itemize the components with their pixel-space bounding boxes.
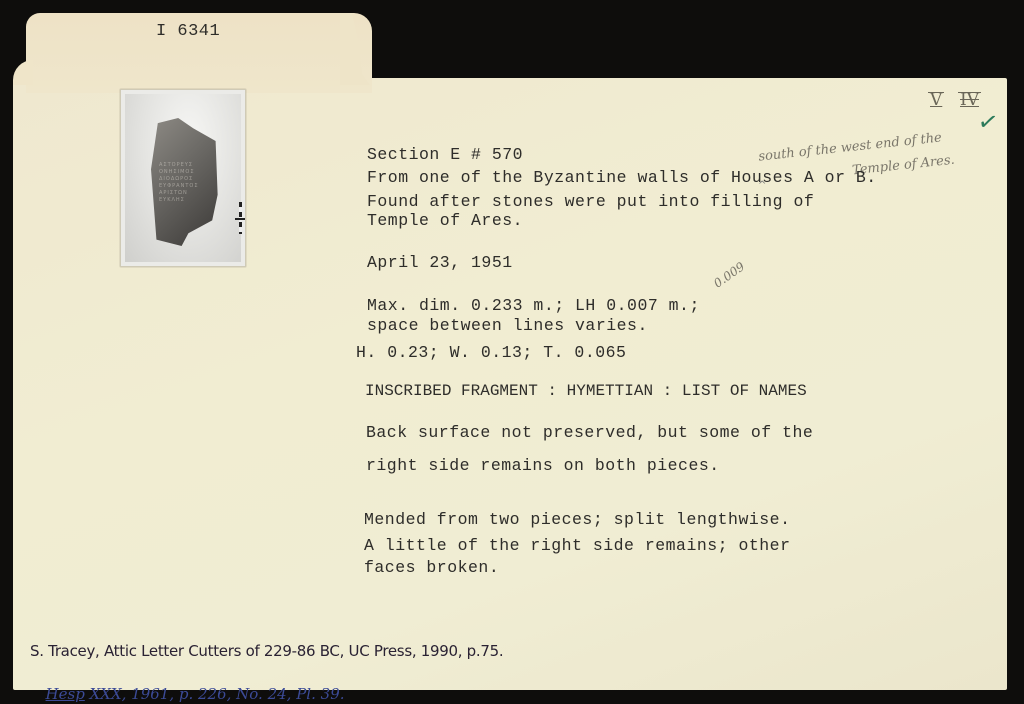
- hesperia-citation: XXX, 1961, p. 226, No. 24, Pl. 39.: [85, 685, 345, 703]
- roman-mark-iv-struck: IV: [960, 90, 979, 110]
- findspot-line-1: From one of the Byzantine walls of House…: [367, 166, 877, 190]
- object-photo: ΑΣΤΟΡΕΥΣ ΟΝΗΣΙΜΟΣ ΔΙΟΔΩΡΟΣ ΕΥΦΡΑΝΤΟΣ ΑΡΙ…: [120, 89, 246, 267]
- hwt-dimensions: H. 0.23; W. 0.13; T. 0.065: [356, 341, 626, 365]
- roman-mark-v: V: [930, 90, 942, 110]
- stone-inscription: ΑΣΤΟΡΕΥΣ ΟΝΗΣΙΜΟΣ ΔΙΟΔΩΡΟΣ ΕΥΦΡΑΝΤΟΣ ΑΡΙ…: [159, 162, 214, 204]
- description-2-line-1: Mended from two pieces; split lengthwise…: [364, 508, 790, 532]
- description-2-line-3: faces broken.: [364, 556, 499, 580]
- card-tab-curve-left: [13, 60, 33, 85]
- bibliography-hesperia: Hesp XXX, 1961, p. 226, No. 24, Pl. 39.: [36, 667, 345, 703]
- hesperia-abbrev: Hesp: [46, 685, 85, 703]
- photo-scale-tick-icon: [235, 218, 245, 220]
- photo-background: ΑΣΤΟΡΕΥΣ ΟΝΗΣΙΜΟΣ ΔΙΟΔΩΡΟΣ ΕΥΦΡΑΝΤΟΣ ΑΡΙ…: [125, 94, 241, 262]
- catalog-number: I 6341: [156, 20, 220, 44]
- section-label: Section E # 570: [367, 143, 523, 167]
- dimensions-line-2: space between lines varies.: [367, 314, 648, 338]
- description-2-line-2: A little of the right side remains; othe…: [364, 534, 790, 558]
- stone-fragment-image: ΑΣΤΟΡΕΥΣ ΟΝΗΣΙΜΟΣ ΔΙΟΔΩΡΟΣ ΕΥΦΡΑΝΤΟΣ ΑΡΙ…: [151, 118, 219, 246]
- classification: INSCRIBED FRAGMENT : HYMETTIAN : LIST OF…: [365, 379, 807, 403]
- description-1-line-1: Back surface not preserved, but some of …: [366, 421, 813, 445]
- findspot-line-3: Temple of Ares.: [367, 209, 523, 233]
- bibliography-tracy: S. Tracey, Attic Letter Cutters of 229-8…: [30, 642, 503, 660]
- find-date: April 23, 1951: [367, 251, 513, 275]
- description-1-line-2: right side remains on both pieces.: [366, 454, 720, 478]
